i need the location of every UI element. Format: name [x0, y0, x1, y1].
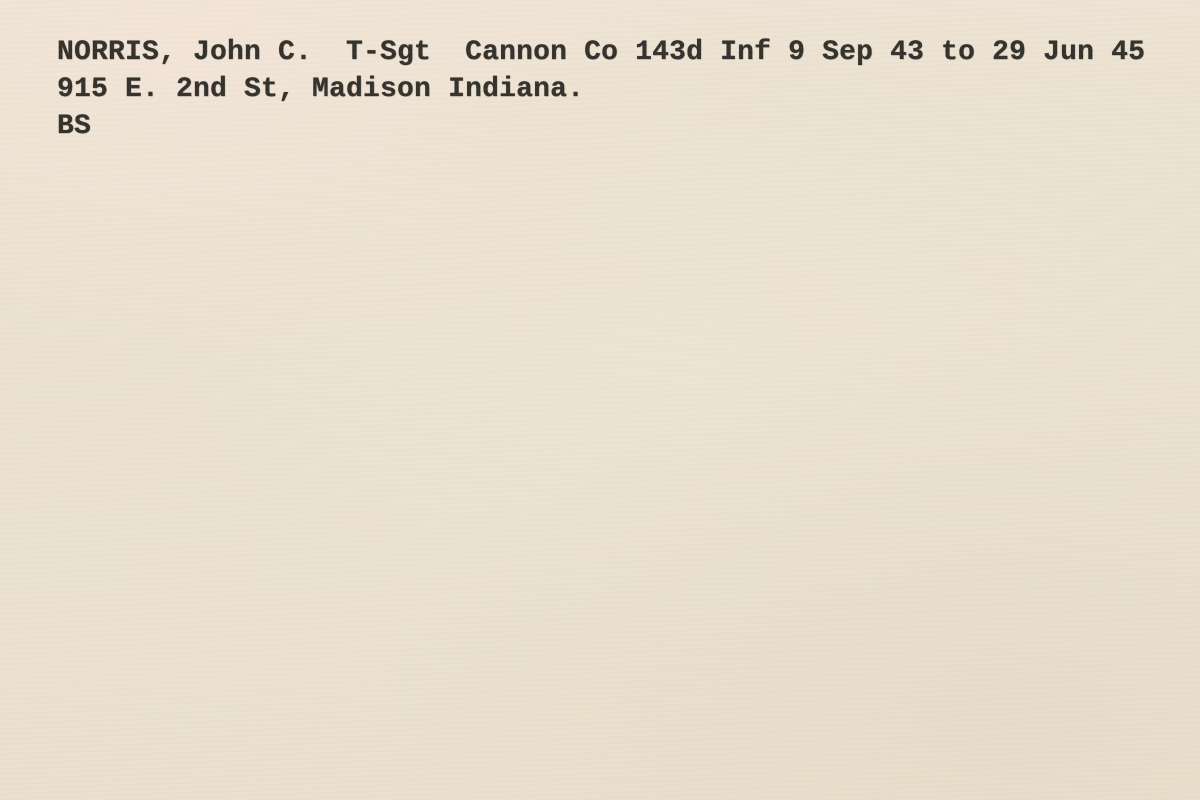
typed-text-block: NORRIS, John C. T-Sgt Cannon Co 143d Inf…: [57, 34, 1180, 145]
name-rank-unit-service-line: NORRIS, John C. T-Sgt Cannon Co 143d Inf…: [57, 34, 1180, 71]
awards-line: BS: [57, 108, 1180, 145]
address-line: 915 E. 2nd St, Madison Indiana.: [57, 71, 1180, 108]
index-card: NORRIS, John C. T-Sgt Cannon Co 143d Inf…: [0, 0, 1200, 800]
